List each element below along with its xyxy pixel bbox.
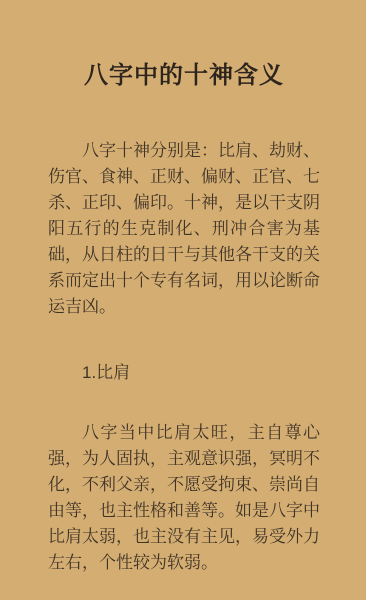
intro-paragraph: 八字十神分别是：比肩、劫财、伤官、食神、正财、偏财、正官、七杀、正印、偏印。十神…: [48, 138, 320, 320]
section-heading-bijian: 1.比肩: [48, 360, 320, 386]
section-body-bijian: 八字当中比肩太旺，主自尊心强，为人固执，主观意识强，冥明不化，不利父亲，不愿受拘…: [48, 420, 320, 576]
bazi-text-card: 八字中的十神含义 八字十神分别是：比肩、劫财、伤官、食神、正财、偏财、正官、七杀…: [0, 0, 366, 600]
page-title: 八字中的十神含义: [48, 60, 320, 92]
